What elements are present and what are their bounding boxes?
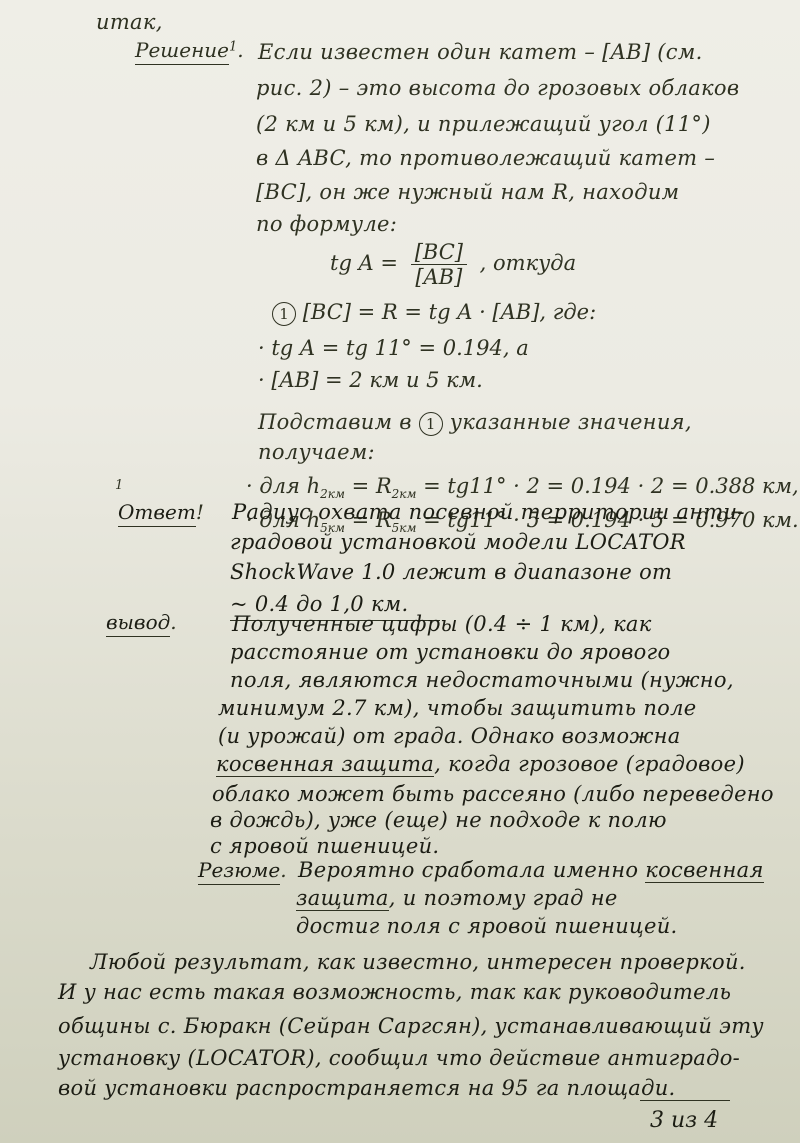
summary-label-text: Резюме	[198, 858, 280, 885]
bullet-tan-value: · tg A = tg 11° = 0.194, а	[258, 336, 529, 360]
calc-prefix: · для h	[246, 474, 320, 498]
answer-punct: !	[196, 500, 204, 524]
summary-punct: .	[280, 858, 286, 882]
calc-2km: · для h2км = R2км = tg11° · 2 = 0.194 · …	[246, 474, 799, 501]
formula-suffix: , откуда	[480, 251, 576, 275]
conclusion-label: вывод.	[106, 610, 177, 634]
summary-line: Вероятно сработала именно косвенная	[298, 858, 764, 882]
summary-text: , и поэтому град не	[389, 886, 618, 910]
solution-line: в Δ ABC, то противолежащий катет –	[256, 146, 715, 170]
closing-line: установку (LOCATOR), сообщил что действи…	[58, 1046, 740, 1070]
calc-r: = R	[345, 474, 392, 498]
answer-label: Ответ!	[118, 500, 204, 524]
summary-label: Резюме.	[198, 858, 287, 882]
formula-lhs: tg A =	[330, 251, 398, 275]
conclusion-line: косвенная защита, когда грозовое (градов…	[216, 752, 745, 776]
summary-text: Вероятно сработала именно	[298, 858, 638, 882]
solution-line: Если известен один катет – [AB] (см.	[258, 40, 703, 64]
substitute-text: Подставим в	[258, 410, 412, 434]
closing-line: И у нас есть такая возможность, так как …	[58, 980, 731, 1004]
conclusion-line: поля, являются недостаточными (нужно,	[230, 668, 734, 692]
substitute-line-2: получаем:	[258, 440, 375, 464]
equation-1-text: [BC] = R = tg A · [AB], где:	[303, 300, 597, 324]
conclusion-line: облако может быть рассеяно (либо перевед…	[212, 782, 774, 806]
equation-number-marker: 1	[272, 302, 296, 326]
substitute-line: Подставим в 1 указанные значения,	[258, 410, 692, 436]
closing-line: Любой результат, как известно, интересен…	[90, 950, 746, 974]
conclusion-line: с яровой пшеницей.	[210, 834, 439, 858]
conclusion-label-text: вывод	[106, 610, 170, 637]
conclusion-line: в дождь), уже (еще) не подходе к полю	[210, 808, 667, 832]
solution-line: рис. 2) – это высота до грозовых облаков	[256, 76, 739, 100]
summary-line: защита, и поэтому град не	[296, 886, 618, 910]
fraction: [BC] [AB]	[411, 240, 467, 289]
equation-1: 1 [BC] = R = tg A · [AB], где:	[272, 300, 596, 326]
solution-label: Решение1.	[135, 38, 244, 62]
footnote-marker: 1	[229, 40, 237, 55]
solution-line: (2 км и 5 км), и прилежащий угол (11°)	[256, 112, 711, 136]
tangent-formula: tg A = [BC] [AB] , откуда	[330, 240, 576, 289]
intro-text: итак,	[96, 10, 163, 34]
conclusion-text: , когда грозовое (градовое)	[434, 752, 745, 776]
conclusion-punct: .	[170, 610, 176, 634]
conclusion-line: расстояние от установки до ярового	[230, 640, 670, 664]
answer-footnote: 1	[115, 478, 123, 493]
equation-number-marker: 1	[419, 412, 443, 436]
underlined-phrase: косвенная защита	[216, 752, 434, 777]
fraction-denominator: [AB]	[411, 265, 467, 289]
answer-line: Радиус охвата посевной территории анти-	[232, 500, 745, 524]
underlined-phrase: косвенная	[645, 858, 763, 883]
closing-line: общины с. Бюракн (Сейран Саргсян), устан…	[58, 1014, 764, 1038]
page-number-rule	[640, 1100, 730, 1101]
solution-line: по формуле:	[256, 212, 397, 236]
closing-line: вой установки распространяется на 95 га …	[58, 1076, 676, 1100]
answer-line: градовой установкой модели LOCATOR	[230, 530, 686, 554]
underlined-phrase: защита	[296, 886, 389, 911]
conclusion-line: Полученные цифры (0.4 ÷ 1 км), как	[232, 612, 652, 636]
answer-label-text: Ответ	[118, 500, 196, 527]
summary-line: достиг поля с яровой пшеницей.	[296, 914, 678, 938]
bullet-ab-value: · [AB] = 2 км и 5 км.	[258, 368, 483, 392]
fraction-numerator: [BC]	[411, 240, 467, 265]
substitute-text: указанные значения,	[450, 410, 692, 434]
answer-line: ShockWave 1.0 лежит в диапазоне от	[230, 560, 672, 584]
page-number: 3 из 4	[650, 1108, 718, 1133]
conclusion-line: (и урожай) от града. Однако возможна	[218, 724, 681, 748]
calc-result: = tg11° · 2 = 0.194 · 2 = 0.388 км,	[416, 474, 798, 498]
solution-line: [BC], он же нужный нам R, находим	[256, 180, 679, 204]
conclusion-line: минимум 2.7 км), чтобы защитить поле	[218, 696, 697, 720]
solution-label-text: Решение	[135, 38, 229, 65]
